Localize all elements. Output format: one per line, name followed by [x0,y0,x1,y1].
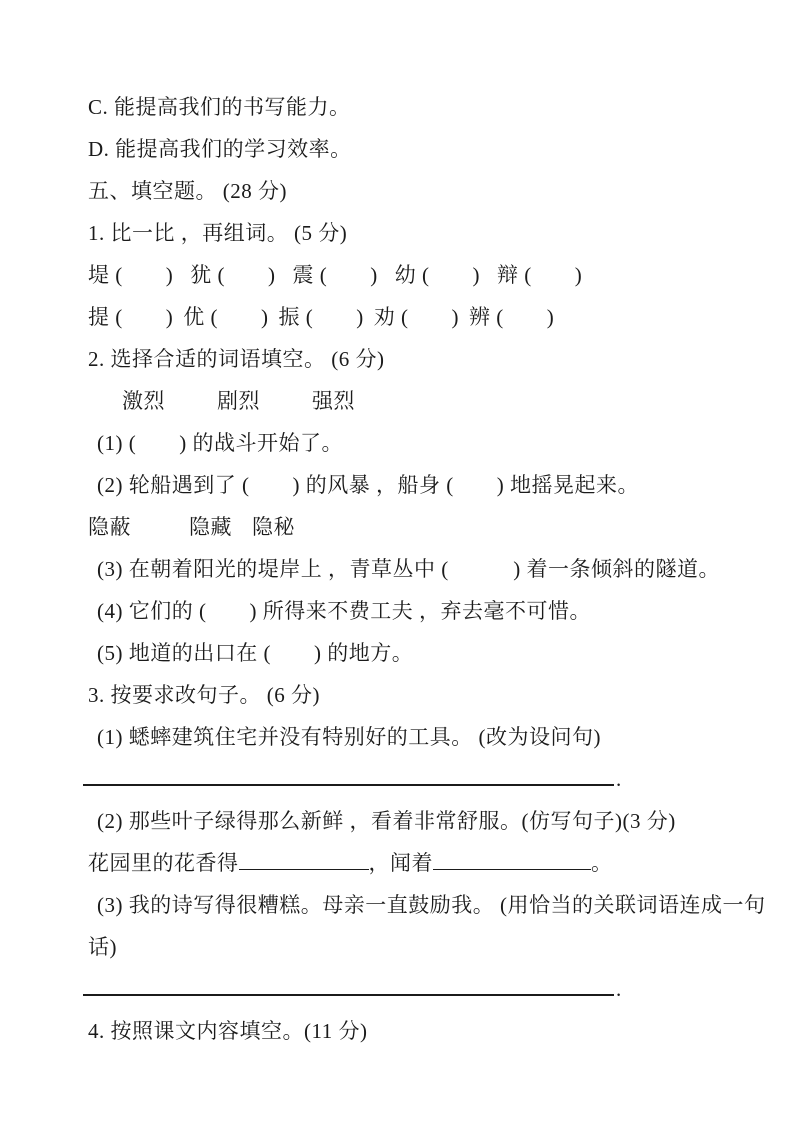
q4-title: 4. 按照课文内容填空。(11 分) [88,1010,753,1052]
q1-row1-cell: 堤 ( ) [88,254,173,296]
option-d: D. 能提高我们的学习效率。 [88,128,753,170]
q2-item-1: (1) ( ) 的战斗开始了。 [88,422,753,464]
q1-row1-cell: 幼 ( ) [395,254,480,296]
q2-item-4: (4) 它们的 ( ) 所得来不费工夫 ，弃去毫不可惜。 [88,590,753,632]
q3-title: 3. 按要求改句子。 (6 分) [88,674,753,716]
q2-item-3: (3) 在朝着阳光的堤岸上 ，青草丛中 ( ) 着一条倾斜的隧道。 [88,548,753,590]
q3-item-3-line-2: 话) [88,926,753,968]
q1-compare-row-1: 堤 ( ) 犹 ( ) 震 ( ) 幼 ( ) 辩 ( ) [88,254,753,296]
fill-sentence-part-2: ，闻着 [369,851,434,875]
q3-item-1: (1) 蟋蟀建筑住宅并没有特别好的工具。 (改为设问句) [88,716,753,758]
answer-blank-line [83,970,614,996]
q2-item-2: (2) 轮船遇到了 ( ) 的风暴 ，船身 ( ) 地摇晃起来。 [88,464,753,506]
q2-title: 2. 选择合适的词语填空。 (6 分) [88,338,753,380]
q3-item-3-line-1: (3) 我的诗写得很糟糕。母亲一直鼓励我。 (用恰当的关联词语连成一句 [88,884,753,926]
q2-word-group-1: 激烈 剧烈 强烈 [88,380,753,422]
answer-line-period: . [614,977,622,1001]
q3-fill-sentence: 花园里的花香得，闻着。 [88,842,753,884]
q1-row1-cell: 辩 ( ) [497,254,582,296]
word-option: 隐藏 [189,506,232,548]
q3-answer-row-2: . [88,968,753,1010]
inline-answer-blank [433,849,591,870]
answer-line-period: . [614,767,622,791]
word-option: 隐蔽 [88,506,131,548]
q3-item-2: (2) 那些叶子绿得那么新鲜 ，看着非常舒服。(仿写句子)(3 分) [88,800,753,842]
q3-answer-row-1: . [88,758,753,800]
answer-blank-line [83,760,614,786]
q1-compare-row-2: 提 ( ) 优 ( ) 振 ( ) 劝 ( ) 辨 ( ) [88,296,753,338]
q1-row2-cell: 优 ( ) [183,296,268,338]
section-five-heading: 五、填空题。 (28 分) [88,170,753,212]
word-option: 强烈 [312,380,355,422]
q1-row2-cell: 振 ( ) [279,296,364,338]
q1-title: 1. 比一比 ，再组词。 (5 分) [88,212,753,254]
word-option: 激烈 [122,380,165,422]
q1-row2-cell: 提 ( ) [88,296,173,338]
word-option: 剧烈 [217,380,260,422]
word-option: 隐秘 [252,506,295,548]
q1-row1-cell: 犹 ( ) [190,254,275,296]
q2-word-group-2: 隐蔽 隐藏 隐秘 [88,506,753,548]
option-c: C. 能提高我们的书写能力。 [88,86,753,128]
inline-answer-blank [239,849,369,870]
worksheet-page: C. 能提高我们的书写能力。 D. 能提高我们的学习效率。 五、填空题。 (28… [0,0,793,1122]
q2-item-5: (5) 地道的出口在 ( ) 的地方。 [88,632,753,674]
fill-sentence-part-1: 花园里的花香得 [88,851,239,875]
q1-row2-cell: 辨 ( ) [469,296,554,338]
fill-sentence-part-3: 。 [591,851,613,875]
q1-row1-cell: 震 ( ) [293,254,378,296]
q1-row2-cell: 劝 ( ) [374,296,459,338]
